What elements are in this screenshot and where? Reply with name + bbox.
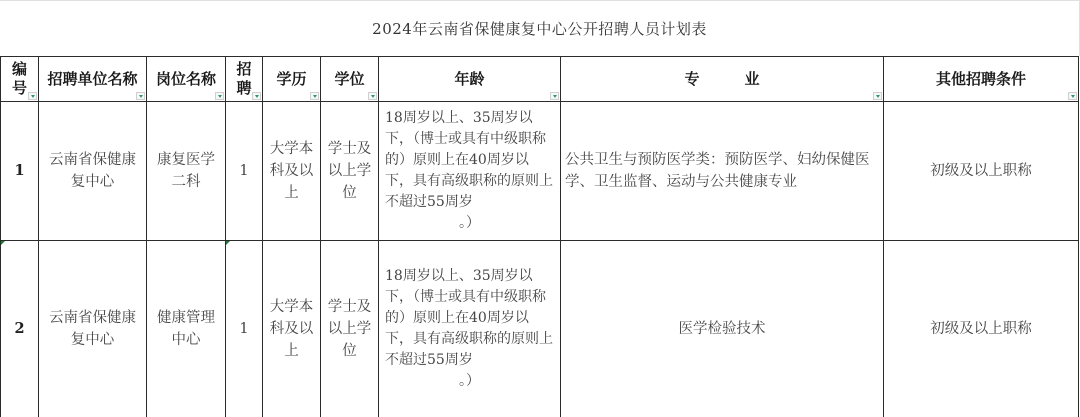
header-id-line1: 编 xyxy=(12,60,27,78)
header-position-label: 岗位名称 xyxy=(156,70,216,88)
filter-dropdown-icon[interactable] xyxy=(310,92,319,100)
header-other: 其他招聘条件 xyxy=(884,57,1079,102)
header-age-label: 年龄 xyxy=(454,70,484,88)
cell-other[interactable]: 初级及以上职称 xyxy=(884,241,1079,417)
cell-age[interactable]: 18周岁以上、35周岁以下，（博士或具有中级职称的）原则上在40周岁以下，具有高… xyxy=(379,102,561,241)
header-degree-label: 学位 xyxy=(334,70,364,88)
cell-degree[interactable]: 学士及以上学位 xyxy=(321,241,379,417)
table-row: 1 云南省保健康复中心 康复医学二科 1 大学本科及以上 学士及以上学位 18周… xyxy=(1,102,1079,241)
cell-count[interactable]: 1 xyxy=(226,241,263,417)
cell-comment-marker-icon xyxy=(226,241,230,245)
cell-education[interactable]: 大学本科及以上 xyxy=(263,241,321,417)
header-degree: 学位 xyxy=(321,57,379,102)
header-unit: 招聘单位名称 xyxy=(39,57,147,102)
header-row: 编号 招聘单位名称 岗位名称 招聘 学历 学位 xyxy=(1,57,1079,102)
filter-dropdown-icon[interactable] xyxy=(252,92,261,100)
cell-id[interactable]: 1 xyxy=(1,102,39,241)
header-id: 编号 xyxy=(1,57,39,102)
header-count-line1: 招 xyxy=(236,60,251,78)
filter-dropdown-icon[interactable] xyxy=(28,92,37,100)
header-unit-label: 招聘单位名称 xyxy=(47,70,137,88)
age-text: 18周岁以上、35周岁以下，（博士或具有中级职称的）原则上在40周岁以下，具有高… xyxy=(385,110,553,210)
cell-education[interactable]: 大学本科及以上 xyxy=(263,102,321,241)
cell-position[interactable]: 健康管理中心 xyxy=(147,241,226,417)
filter-dropdown-icon[interactable] xyxy=(368,92,377,100)
cell-unit[interactable]: 云南省保健康复中心 xyxy=(39,241,147,417)
filter-dropdown-icon[interactable] xyxy=(1068,92,1077,100)
cell-age[interactable]: 18周岁以上、35周岁以下，（博士或具有中级职称的）原则上在40周岁以下，具有高… xyxy=(379,241,561,417)
cell-id-value: 2 xyxy=(14,320,24,337)
age-text: 18周岁以上、35周岁以下，（博士或具有中级职称的）原则上在40周岁以下，具有高… xyxy=(385,268,553,368)
cell-position[interactable]: 康复医学二科 xyxy=(147,102,226,241)
filter-dropdown-icon[interactable] xyxy=(550,92,559,100)
filter-dropdown-icon[interactable] xyxy=(215,92,224,100)
filter-dropdown-icon[interactable] xyxy=(136,92,145,100)
header-age: 年龄 xyxy=(379,57,561,102)
table-title: 2024年云南省保健康复中心公开招聘人员计划表 xyxy=(0,0,1080,56)
cell-count[interactable]: 1 xyxy=(226,102,263,241)
header-position: 岗位名称 xyxy=(147,57,226,102)
table-row: 2 云南省保健康复中心 健康管理中心 1 大学本科及以上 学士及以上学位 18周… xyxy=(1,241,1079,417)
age-text-tail: 。） xyxy=(385,213,554,234)
header-education-label: 学历 xyxy=(276,70,306,88)
cell-unit[interactable]: 云南省保健康复中心 xyxy=(39,102,147,241)
recruitment-plan-table: 编号 招聘单位名称 岗位名称 招聘 学历 学位 xyxy=(0,56,1079,417)
header-count: 招聘 xyxy=(226,57,263,102)
header-other-label: 其他招聘条件 xyxy=(936,70,1026,88)
cell-count-value: 1 xyxy=(239,321,248,337)
header-major: 专 业 xyxy=(561,57,884,102)
header-count-line2: 聘 xyxy=(236,79,251,97)
cell-major[interactable]: 医学检验技术 xyxy=(561,241,884,417)
cell-id[interactable]: 2 xyxy=(1,241,39,417)
filter-dropdown-icon[interactable] xyxy=(873,92,882,100)
age-text-tail: 。） xyxy=(385,371,554,392)
cell-other[interactable]: 初级及以上职称 xyxy=(884,102,1079,241)
header-major-label: 专 业 xyxy=(684,70,759,88)
header-id-line2: 号 xyxy=(12,79,27,97)
cell-major[interactable]: 公共卫生与预防医学类：预防医学、妇幼保健医学、卫生监督、运动与公共健康专业 xyxy=(561,102,884,241)
cell-degree[interactable]: 学士及以上学位 xyxy=(321,102,379,241)
header-education: 学历 xyxy=(263,57,321,102)
cell-comment-marker-icon xyxy=(1,241,5,245)
